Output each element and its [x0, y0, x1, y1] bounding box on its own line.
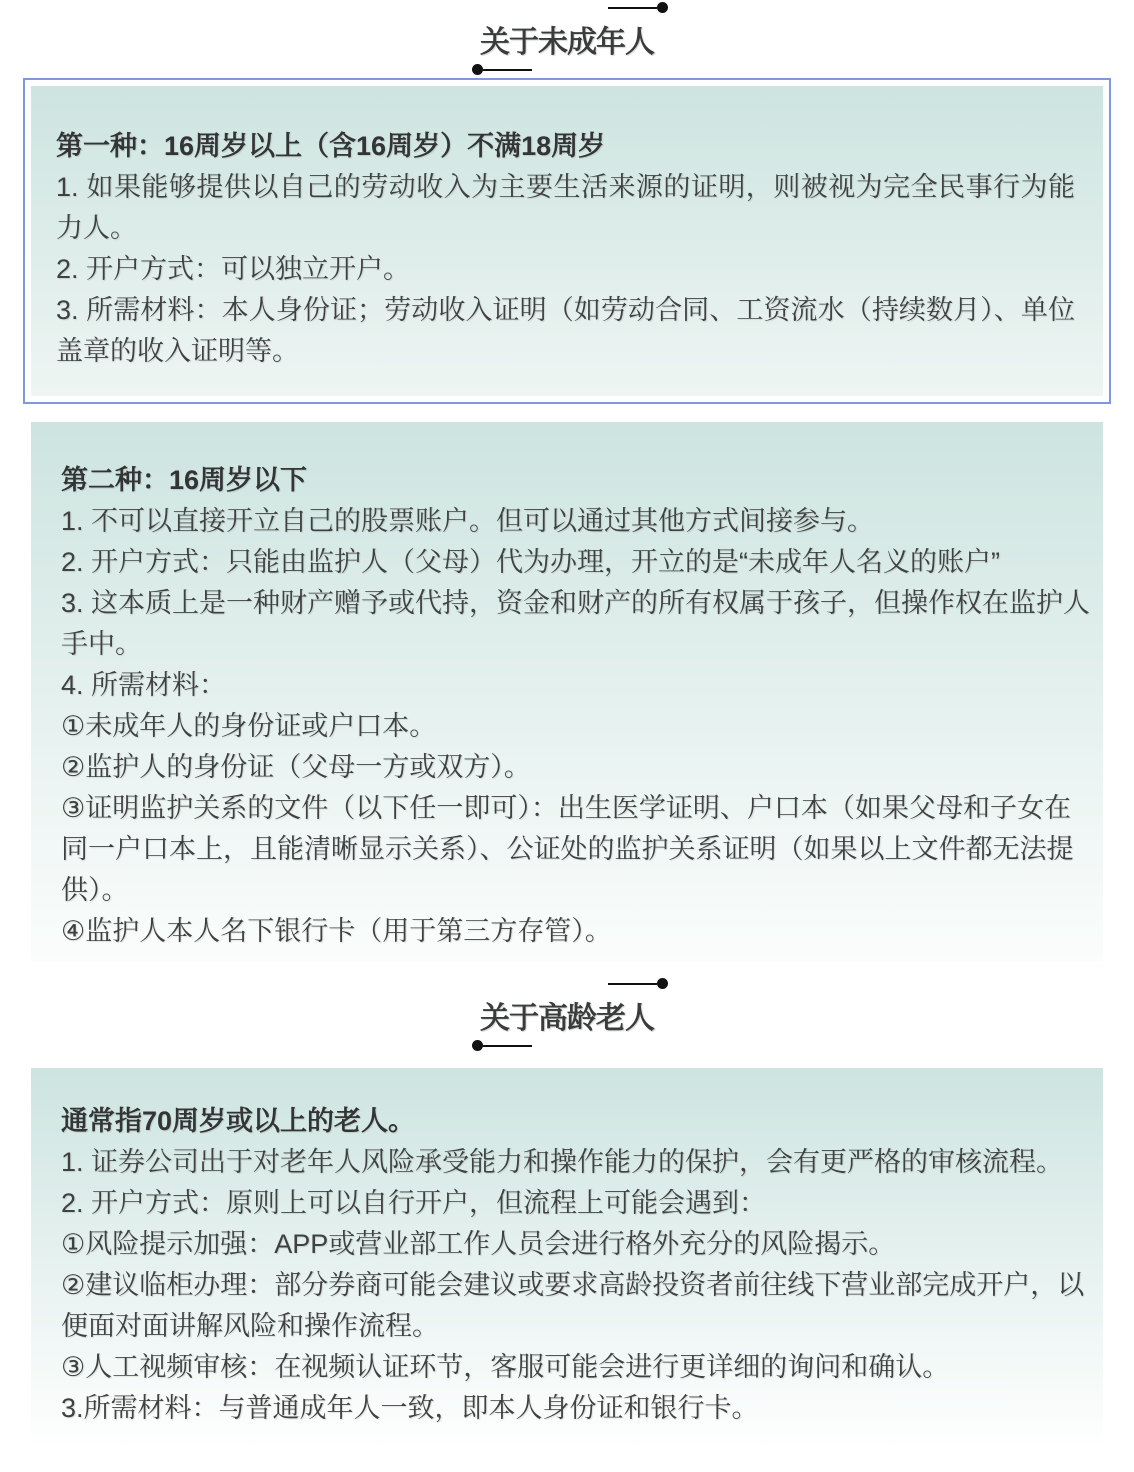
section-header-minors: 关于未成年人 — [0, 0, 1134, 78]
deco-line-icon — [608, 983, 657, 985]
card-text-line: 同一户口本上，且能清晰显示关系）、公证处的监护关系证明（如果以上文件都无法提 — [61, 829, 1071, 870]
card-text-line: 1. 如果能够提供以自己的劳动收入为主要生活来源的证明，则被视为完全民事行为能 — [56, 167, 1075, 208]
card-minors-16to18-body: 第一种：16周岁以上（含16周岁）不满18周岁 1. 如果能够提供以自己的劳动收… — [31, 86, 1103, 396]
card-text-line: ①风险提示加强：APP或营业部工作人员会进行格外充分的风险揭示。 — [61, 1224, 1071, 1265]
card-text-line: 1. 证券公司出于对老年人风险承受能力和操作能力的保护，会有更严格的审核流程。 — [61, 1142, 1071, 1183]
deco-line-icon — [483, 69, 532, 71]
card-text-line: 便面对面讲解风险和操作流程。 — [61, 1306, 1071, 1347]
title-deco-top — [608, 2, 668, 13]
page: 关于未成年人 第一种：16周岁以上（含16周岁）不满18周岁 1. 如果能够提供… — [0, 0, 1134, 1472]
section-title-text: 关于未成年人 — [480, 26, 654, 59]
title-deco-bottom — [472, 1040, 532, 1051]
card-minors-16to18: 第一种：16周岁以上（含16周岁）不满18周岁 1. 如果能够提供以自己的劳动收… — [23, 78, 1111, 404]
section-title-minors: 关于未成年人 — [480, 17, 654, 61]
card-text-line: ③证明监护关系的文件（以下任一即可）：出生医学证明、户口本（如果父母和子女在 — [61, 788, 1071, 829]
deco-dot-icon — [657, 2, 668, 13]
card-text-line: 2. 开户方式：原则上可以自行开户，但流程上可能会遇到： — [61, 1183, 1071, 1224]
card-text-line: 供）。 — [61, 870, 1071, 911]
section-title-text: 关于高龄老人 — [480, 1002, 654, 1035]
card-text-line: 盖章的收入证明等。 — [56, 331, 1075, 372]
card-elderly: 通常指70周岁或以上的老人。 1. 证券公司出于对老年人风险承受能力和操作能力的… — [31, 1068, 1103, 1472]
card-text-line: 2. 开户方式：只能由监护人（父母）代为办理，开立的是“未成年人名义的账户” — [61, 542, 1071, 583]
deco-line-icon — [608, 7, 657, 9]
section-header-elderly: 关于高龄老人 — [0, 962, 1134, 1068]
section-title-elderly: 关于高龄老人 — [480, 993, 654, 1037]
deco-line-icon — [483, 1045, 532, 1047]
card-text-line: 1. 不可以直接开立自己的股票账户。但可以通过其他方式间接参与。 — [61, 501, 1071, 542]
card-text-line: ③人工视频审核：在视频认证环节，客服可能会进行更详细的询问和确认。 — [61, 1347, 1071, 1388]
deco-dot-icon — [472, 1040, 483, 1051]
card-text-line: 3. 这本质上是一种财产赠予或代持，资金和财产的所有权属于孩子，但操作权在监护人 — [61, 583, 1071, 624]
card-heading: 第二种：16周岁以下 — [61, 460, 1071, 501]
card-heading: 通常指70周岁或以上的老人。 — [61, 1101, 1071, 1142]
card-text-line: 手中。 — [61, 624, 1071, 665]
card-text-line: ④监护人本人名下银行卡（用于第三方存管）。 — [61, 911, 1071, 952]
card-text-line: ②建议临柜办理：部分券商可能会建议或要求高龄投资者前往线下营业部完成开户，以 — [61, 1265, 1071, 1306]
card-minors-under16: 第二种：16周岁以下 1. 不可以直接开立自己的股票账户。但可以通过其他方式间接… — [31, 422, 1103, 962]
card-heading: 第一种：16周岁以上（含16周岁）不满18周岁 — [56, 126, 1075, 167]
title-deco-top — [608, 978, 668, 989]
card-text-line: ①未成年人的身份证或户口本。 — [61, 706, 1071, 747]
card-text-line: ②监护人的身份证（父母一方或双方）。 — [61, 747, 1071, 788]
card-text-line: 力人。 — [56, 208, 1075, 249]
card-text-line: 4. 所需材料： — [61, 665, 1071, 706]
deco-dot-icon — [472, 64, 483, 75]
card-text-line: 3. 所需材料：本人身份证；劳动收入证明（如劳动合同、工资流水（持续数月）、单位 — [56, 290, 1075, 331]
deco-dot-icon — [657, 978, 668, 989]
title-deco-bottom — [472, 64, 532, 75]
card-text-line: 3.所需材料：与普通成年人一致，即本人身份证和银行卡。 — [61, 1388, 1071, 1429]
card-text-line: 2. 开户方式：可以独立开户。 — [56, 249, 1075, 290]
